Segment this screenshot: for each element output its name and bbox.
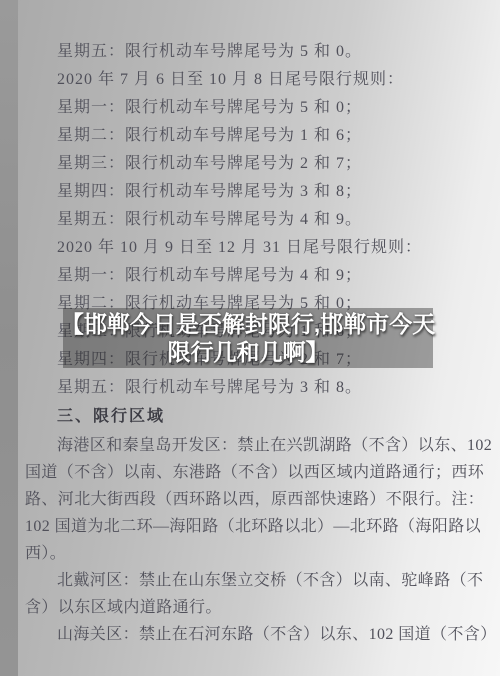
caption-line-2: 限行几和几啊】 [168,338,329,366]
doc-line-friday-rule-2: 星期五：限行机动车号牌尾号为 4 和 9。 [25,206,493,234]
doc-para-haigang-3: 路、河北大街西段（西环路以西，原西部快速路）不限行。注： [25,486,493,513]
doc-line-monday-rule-2: 星期一：限行机动车号牌尾号为 4 和 9； [25,262,493,290]
screenshot-root: 星期五：限行机动车号牌尾号为 5 和 0。 2020 年 7 月 6 日至 10… [0,0,500,676]
section-heading-restricted-area: 三、限行区域 [25,402,493,432]
caption-line-1: 【邯郸今日是否解封限行,邯郸市今天 [61,310,435,338]
doc-para-haigang-5: 西）。 [25,540,493,567]
doc-line-friday-rule: 星期五：限行机动车号牌尾号为 5 和 0。 [25,38,493,66]
doc-para-beidaihe-2: 含）以东区域内道路通行。 [25,594,493,621]
caption-overlay-band: 【邯郸今日是否解封限行,邯郸市今天 限行几和几啊】 [63,308,433,368]
doc-line-tuesday-rule: 星期二：限行机动车号牌尾号为 1 和 6； [25,122,493,150]
doc-para-haigang-4: 102 国道为北二环—海阳路（北环路以北）—北环路（海阳路以 [25,513,493,540]
page-edge-shadow [0,0,18,676]
doc-line-friday-rule-3: 星期五：限行机动车号牌尾号为 3 和 8。 [25,374,493,402]
doc-para-haigang-1: 海港区和秦皇岛开发区：禁止在兴凯湖路（不含）以东、102 [25,432,493,459]
doc-line-period2-header: 2020 年 10 月 9 日至 12 月 31 日尾号限行规则： [25,234,493,262]
doc-para-beidaihe-1: 北戴河区：禁止在山东堡立交桥（不含）以南、驼峰路（不 [25,567,493,594]
doc-line-period1-header: 2020 年 7 月 6 日至 10 月 8 日尾号限行规则： [25,66,493,94]
doc-line-wednesday-rule: 星期三：限行机动车号牌尾号为 2 和 7； [25,150,493,178]
doc-para-haigang-2: 国道（不含）以南、东港路（不含）以西区域内道路通行；西环 [25,459,493,486]
doc-line-thursday-rule: 星期四：限行机动车号牌尾号为 3 和 8； [25,178,493,206]
doc-para-shanhaiguan-1: 山海关区：禁止在石河东路（不含）以东、102 国道（不含） [25,621,493,648]
doc-line-monday-rule: 星期一：限行机动车号牌尾号为 5 和 0； [25,94,493,122]
